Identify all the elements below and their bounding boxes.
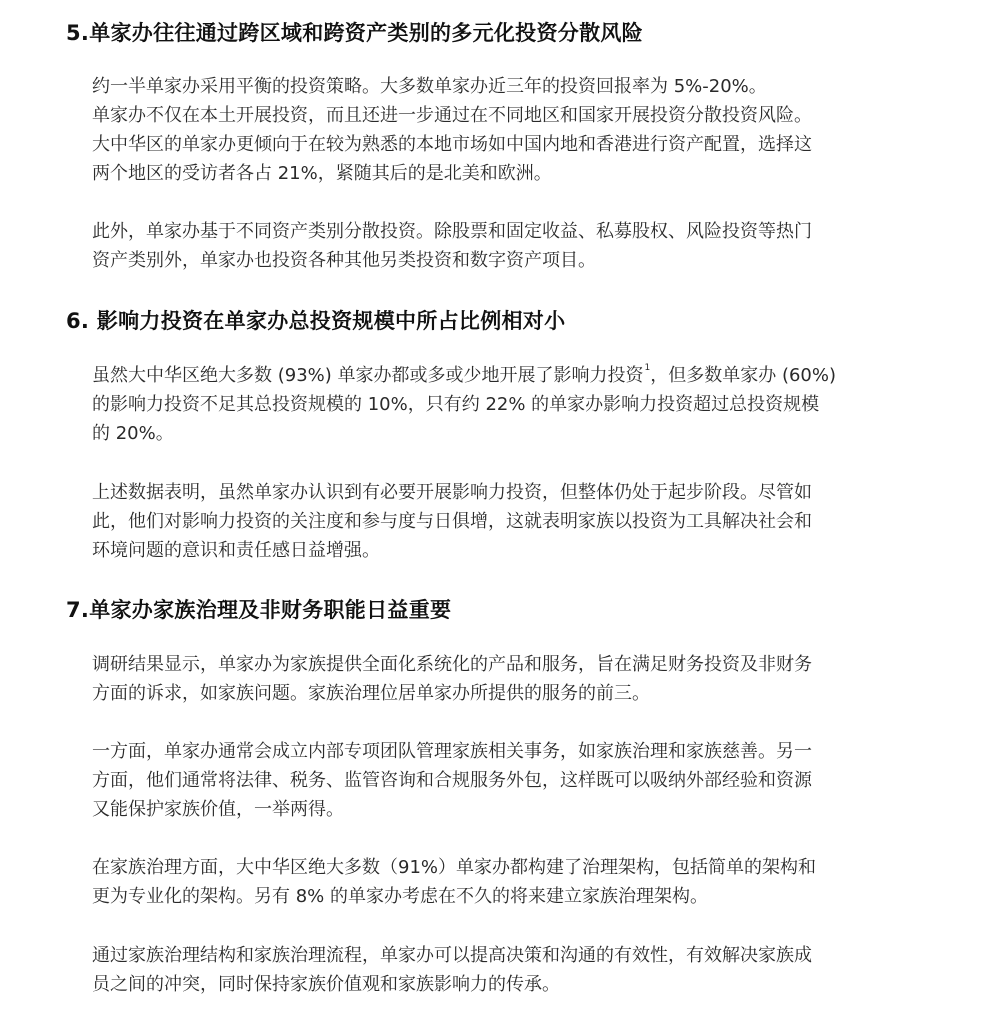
section-7-paragraph-4: 通过家族治理结构和家族治理流程，单家办可以提高决策和沟通的有效性，有效解决家族成… — [92, 941, 952, 999]
section-5-heading: 5.单家办往往通过跨区域和跨资产类别的多元化投资分散风险 — [66, 18, 643, 48]
section-5-paragraph-2: 此外，单家办基于不同资产类别分散投资。除股票和固定收益、私募股权、风险投资等热门… — [92, 217, 952, 275]
text-line: 一方面，单家办通常会成立内部专项团队管理家族相关事务，如家族治理和家族慈善。另一 — [92, 737, 952, 766]
section-7-paragraph-2: 一方面，单家办通常会成立内部专项团队管理家族相关事务，如家族治理和家族慈善。另一… — [92, 737, 952, 824]
text-line: 调研结果显示，单家办为家族提供全面化系统化的产品和服务，旨在满足财务投资及非财务 — [92, 650, 952, 679]
section-7-paragraph-1: 调研结果显示，单家办为家族提供全面化系统化的产品和服务，旨在满足财务投资及非财务… — [92, 650, 952, 708]
text-line-end: ，但多数单家办 (60%) — [650, 365, 836, 386]
section-7-paragraph-3: 在家族治理方面，大中华区绝大多数（91%）单家办都构建了治理架构，包括简单的架构… — [92, 853, 952, 911]
section-5-paragraph-1: 约一半单家办采用平衡的投资策略。大多数单家办近三年的投资回报率为 5%-20%。… — [92, 72, 952, 188]
section-7-heading: 7.单家办家族治理及非财务职能日益重要 — [66, 595, 451, 625]
text-line: 更为专业化的架构。另有 8% 的单家办考虑在不久的将来建立家族治理架构。 — [92, 882, 952, 911]
text-line: 方面的诉求，如家族问题。家族治理位居单家办所提供的服务的前三。 — [92, 679, 952, 708]
text-line: 在家族治理方面，大中华区绝大多数（91%）单家办都构建了治理架构，包括简单的架构… — [92, 853, 952, 882]
text-line: 的 20%。 — [92, 419, 952, 448]
section-6-paragraph-1: 虽然大中华区绝大多数 (93%) 单家办都或多或少地开展了影响力投资1，但多数单… — [92, 361, 952, 448]
text-line-start: 虽然大中华区绝大多数 (93%) 单家办都或多或少地开展了影响力投资 — [92, 365, 644, 386]
text-line: 单家办不仅在本土开展投资，而且还进一步通过在不同地区和国家开展投资分散投资风险。 — [92, 101, 952, 130]
text-line: 虽然大中华区绝大多数 (93%) 单家办都或多或少地开展了影响力投资1，但多数单… — [92, 361, 952, 390]
text-line: 两个地区的受访者各占 21%，紧随其后的是北美和欧洲。 — [92, 159, 952, 188]
text-line: 通过家族治理结构和家族治理流程，单家办可以提高决策和沟通的有效性，有效解决家族成 — [92, 941, 952, 970]
text-line: 资产类别外，单家办也投资各种其他另类投资和数字资产项目。 — [92, 246, 952, 275]
text-line: 此外，单家办基于不同资产类别分散投资。除股票和固定收益、私募股权、风险投资等热门 — [92, 217, 952, 246]
text-line: 约一半单家办采用平衡的投资策略。大多数单家办近三年的投资回报率为 5%-20%。 — [92, 72, 952, 101]
text-line: 环境问题的意识和责任感日益增强。 — [92, 536, 952, 565]
text-line: 的影响力投资不足其总投资规模的 10%，只有约 22% 的单家办影响力投资超过总… — [92, 390, 952, 419]
text-line: 方面，他们通常将法律、税务、监管咨询和合规服务外包，这样既可以吸纳外部经验和资源 — [92, 766, 952, 795]
text-line: 此，他们对影响力投资的关注度和参与度与日俱增，这就表明家族以投资为工具解决社会和 — [92, 507, 952, 536]
section-6-heading: 6. 影响力投资在单家办总投资规模中所占比例相对小 — [66, 306, 565, 336]
document-page: 5.单家办往往通过跨区域和跨资产类别的多元化投资分散风险 约一半单家办采用平衡的… — [0, 0, 1000, 1009]
text-line: 上述数据表明，虽然单家办认识到有必要开展影响力投资，但整体仍处于起步阶段。尽管如 — [92, 478, 952, 507]
text-line: 又能保护家族价值，一举两得。 — [92, 795, 952, 824]
text-line: 员之间的冲突，同时保持家族价值观和家族影响力的传承。 — [92, 970, 952, 999]
text-line: 大中华区的单家办更倾向于在较为熟悉的本地市场如中国内地和香港进行资产配置，选择这 — [92, 130, 952, 159]
section-6-paragraph-2: 上述数据表明，虽然单家办认识到有必要开展影响力投资，但整体仍处于起步阶段。尽管如… — [92, 478, 952, 565]
